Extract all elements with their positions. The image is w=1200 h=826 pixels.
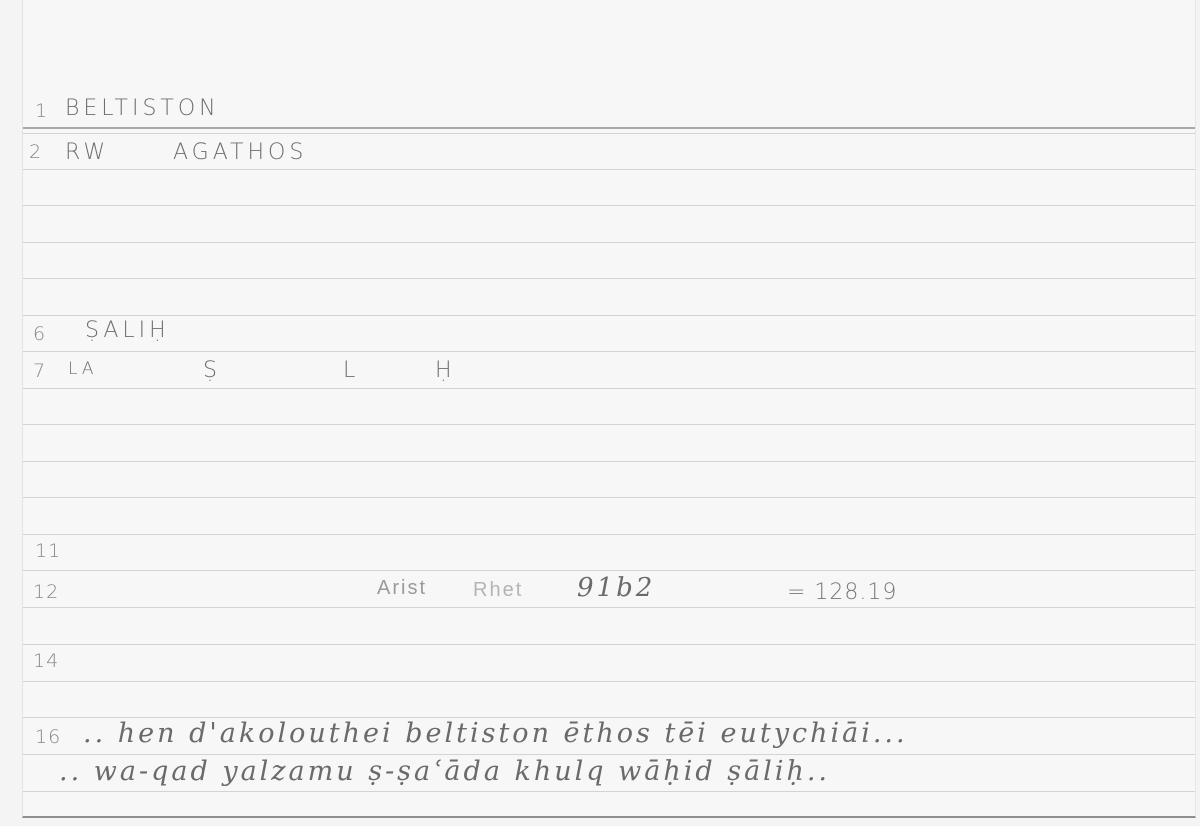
rule-line — [23, 681, 1195, 682]
rule-line — [23, 497, 1195, 498]
line-number-2: 2 — [29, 141, 42, 163]
source-reference: 91b2 — [577, 573, 655, 603]
line-number-11: 11 — [35, 540, 61, 562]
rule-line — [23, 461, 1195, 462]
rule-line — [23, 278, 1195, 279]
rule-line — [23, 133, 1195, 134]
rule-line — [23, 169, 1195, 170]
root-letter-1: Ṣ — [203, 358, 221, 383]
rule-line — [23, 607, 1195, 608]
root-label: RW — [65, 140, 109, 165]
greek-quotation: .. hen d'akolouthei beltiston ēthos tēi … — [83, 718, 908, 749]
line-number-16: 16 — [35, 726, 61, 748]
source-author: Arist — [377, 577, 427, 600]
rule-line — [23, 791, 1195, 792]
rule-line — [23, 534, 1195, 535]
root-label-arabic: LA — [68, 359, 98, 379]
arabic-equivalence-ref: = 128.19 — [787, 580, 897, 605]
headword-greek: BELTISTON — [65, 96, 220, 121]
line-number-7: 7 — [33, 360, 46, 382]
headword-arabic: ṢALIḤ — [85, 318, 170, 343]
line-number-1: 1 — [35, 100, 48, 122]
rule-line — [23, 644, 1195, 645]
rule-line — [23, 242, 1195, 243]
rule-line — [23, 351, 1195, 352]
root-letter-3: Ḥ — [435, 358, 456, 383]
rule-line — [23, 570, 1195, 571]
header-rule — [23, 127, 1195, 129]
rule-line — [23, 388, 1195, 389]
line-number-12: 12 — [33, 581, 59, 603]
source-work: Rhet — [473, 579, 523, 602]
rule-line — [23, 315, 1195, 316]
rule-line — [23, 754, 1195, 755]
greek-root: AGATHOS — [173, 140, 307, 165]
line-number-14: 14 — [33, 650, 59, 672]
rule-line — [23, 205, 1195, 206]
arabic-quotation: .. wa-qad yalzamu ṣ-ṣaʿāda khulq wāḥid ṣ… — [59, 756, 830, 787]
rule-line — [23, 424, 1195, 425]
line-number-6: 6 — [33, 323, 46, 345]
root-letter-2: L — [343, 358, 359, 383]
index-card: 1 BELTISTON 2 RW AGATHOS 6 ṢALIḤ 7 LA Ṣ … — [22, 0, 1196, 818]
